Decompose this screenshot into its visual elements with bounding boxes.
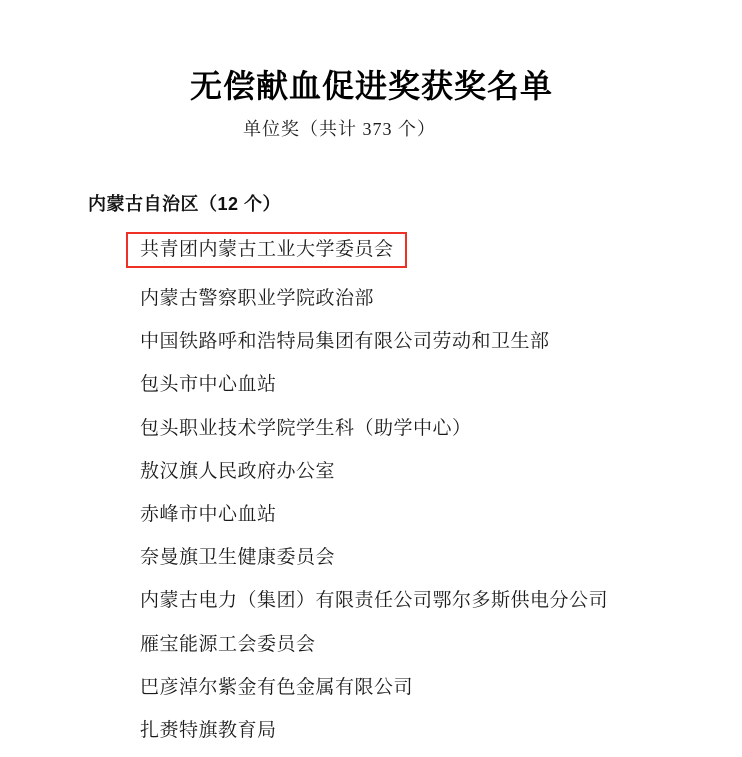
list-item: 共青团内蒙古工业大学委员会 bbox=[140, 240, 407, 268]
award-item-text: 内蒙古电力（集团）有限责任公司鄂尔多斯供电分公司 bbox=[140, 590, 608, 611]
award-item-text: 奈曼旗卫生健康委员会 bbox=[140, 547, 335, 568]
list-item: 赤峰市中心血站 bbox=[140, 505, 277, 524]
highlight-annotation-box: 共青团内蒙古工业大学委员会 bbox=[126, 232, 407, 268]
list-item: 包头市中心血站 bbox=[140, 375, 277, 394]
list-item: 内蒙古电力（集团）有限责任公司鄂尔多斯供电分公司 bbox=[140, 591, 608, 610]
award-item-text: 扎赉特旗教育局 bbox=[140, 720, 277, 741]
list-item: 内蒙古警察职业学院政治部 bbox=[140, 289, 374, 308]
award-item-text: 内蒙古警察职业学院政治部 bbox=[140, 288, 374, 309]
award-item-text: 巴彦淖尔紫金有色金属有限公司 bbox=[140, 677, 413, 698]
list-item: 中国铁路呼和浩特局集团有限公司劳动和卫生部 bbox=[140, 332, 550, 351]
award-item-text: 赤峰市中心血站 bbox=[140, 504, 277, 525]
award-item-text: 敖汉旗人民政府办公室 bbox=[140, 461, 335, 482]
award-item-text: 包头职业技术学院学生科（助学中心） bbox=[140, 418, 472, 439]
list-item: 包头职业技术学院学生科（助学中心） bbox=[140, 419, 472, 438]
award-item-text: 雁宝能源工会委员会 bbox=[140, 634, 316, 655]
award-item-text: 中国铁路呼和浩特局集团有限公司劳动和卫生部 bbox=[140, 331, 550, 352]
award-list: 共青团内蒙古工业大学委员会 内蒙古警察职业学院政治部 中国铁路呼和浩特局集团有限… bbox=[0, 0, 742, 757]
award-item-text: 包头市中心血站 bbox=[140, 374, 277, 395]
list-item: 敖汉旗人民政府办公室 bbox=[140, 462, 335, 481]
award-item-text: 共青团内蒙古工业大学委员会 bbox=[140, 239, 394, 260]
document-page: 无偿献血促进奖获奖名单 单位奖（共计 373 个） 内蒙古自治区（12 个） 共… bbox=[0, 0, 742, 757]
list-item: 奈曼旗卫生健康委员会 bbox=[140, 548, 335, 567]
list-item: 雁宝能源工会委员会 bbox=[140, 635, 316, 654]
list-item: 巴彦淖尔紫金有色金属有限公司 bbox=[140, 678, 413, 697]
list-item: 扎赉特旗教育局 bbox=[140, 721, 277, 740]
